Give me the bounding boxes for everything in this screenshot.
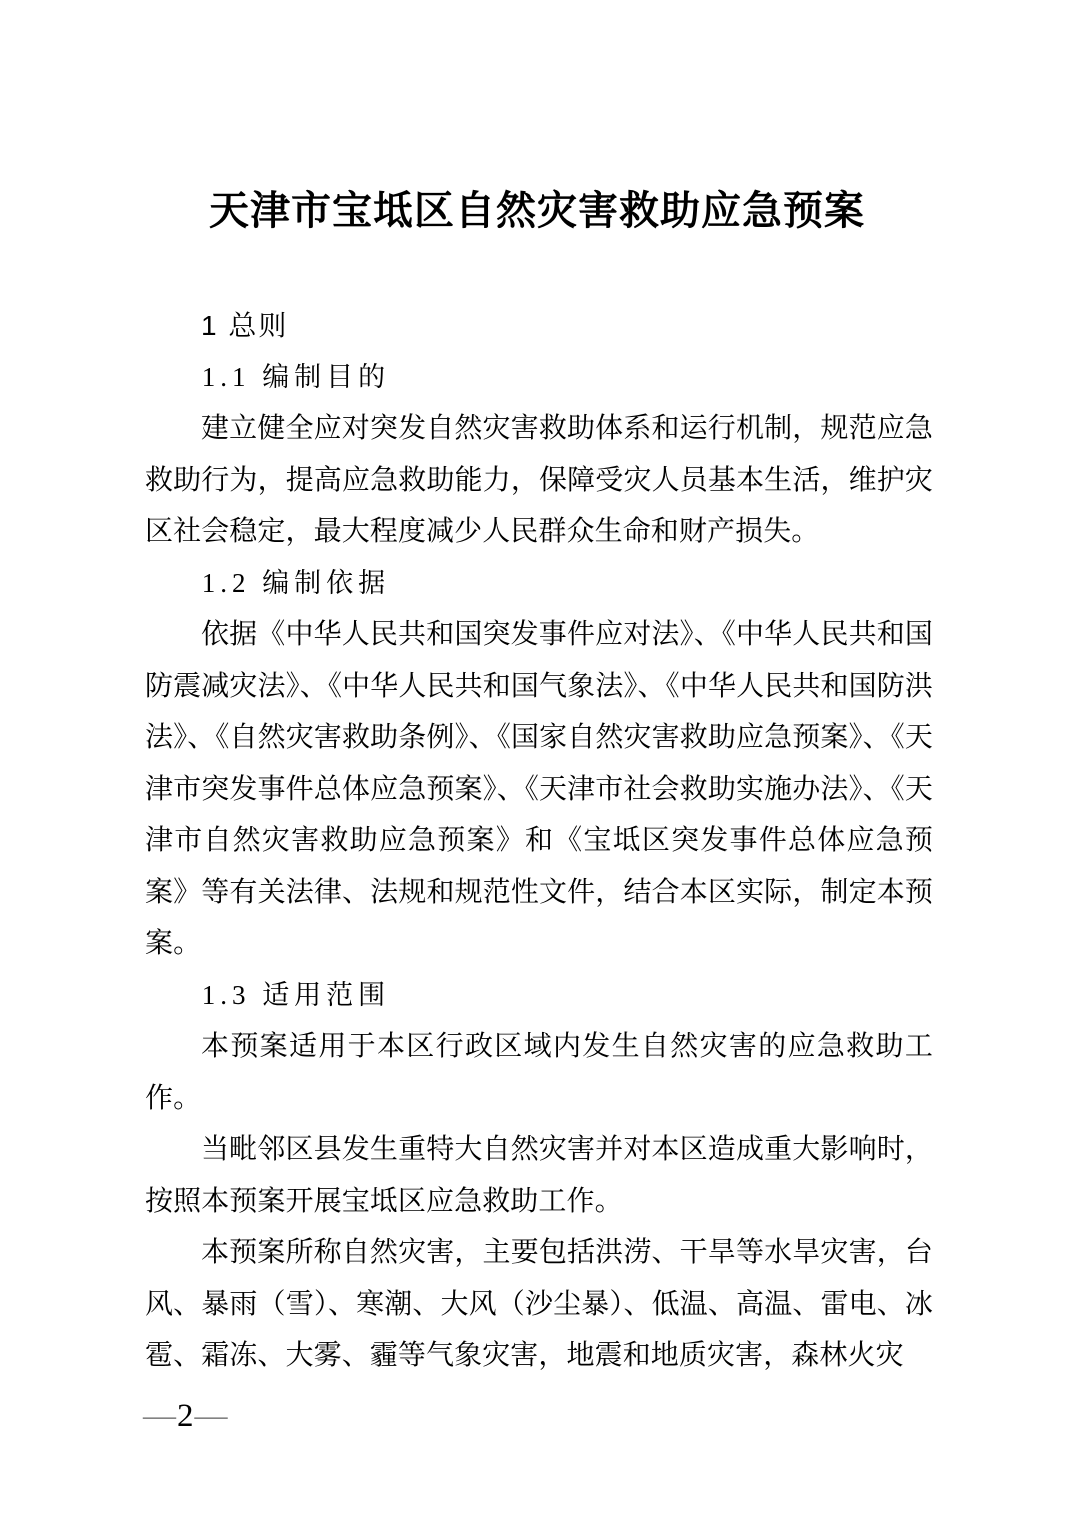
section-heading-1-2: 1.2 编制依据 (145, 558, 933, 610)
page-number: 2 (176, 1398, 195, 1434)
paragraph: 依据《中华人民共和国突发事件应对法》、《中华人民共和国防震减灾法》、《中华人民共… (145, 609, 933, 970)
paragraph: 本预案适用于本区行政区域内发生自然灾害的应急救助工作。 (145, 1021, 933, 1124)
document-title: 天津市宝坻区自然灾害救助应急预案 (0, 186, 1074, 236)
paragraph: 当毗邻区县发生重特大自然灾害并对本区造成重大影响时，按照本预案开展宝坻区应急救助… (145, 1124, 933, 1227)
footer-dash-right: — (195, 1398, 228, 1434)
paragraph: 本预案所称自然灾害，主要包括洪涝、干旱等水旱灾害，台风、暴雨（雪）、寒潮、大风（… (145, 1227, 933, 1382)
chapter-heading: 1 总则 (145, 300, 933, 352)
footer-dash-left: — (143, 1398, 176, 1434)
document-body: 1 总则 1.1 编制目的 建立健全应对突发自然灾害救助体系和运行机制，规范应急… (145, 300, 933, 1382)
page-footer: —2— (143, 1396, 228, 1436)
document-page: 天津市宝坻区自然灾害救助应急预案 1 总则 1.1 编制目的 建立健全应对突发自… (0, 0, 1074, 1520)
section-heading-1-3: 1.3 适用范围 (145, 970, 933, 1022)
section-heading-1-1: 1.1 编制目的 (145, 352, 933, 404)
paragraph: 建立健全应对突发自然灾害救助体系和运行机制，规范应急救助行为，提高应急救助能力，… (145, 403, 933, 558)
